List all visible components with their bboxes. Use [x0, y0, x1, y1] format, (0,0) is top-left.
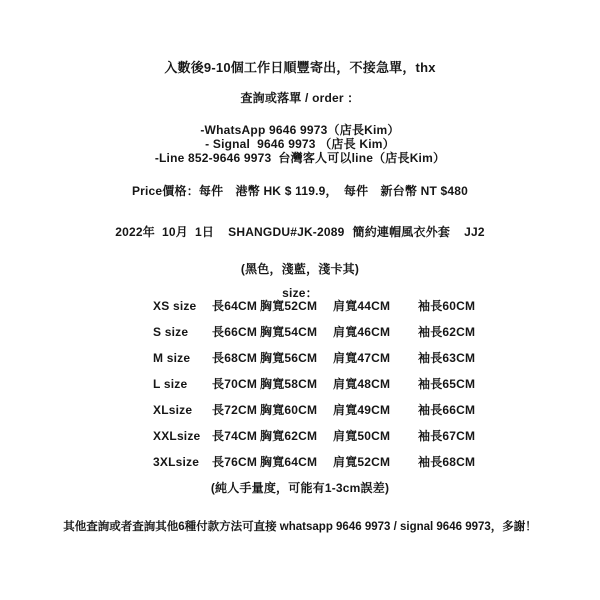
- sleeve-value: 袖長67CM: [418, 423, 478, 449]
- chest-value: 胸寬60CM: [260, 397, 333, 423]
- size-label: XLsize: [153, 397, 212, 423]
- shoulder-value: 肩寬50CM: [333, 423, 418, 449]
- product-title-line: 2022年 10月 1日SHANGDU#JK-2089簡約連帽風衣外套JJ2: [0, 225, 600, 239]
- chest-value: 胸寬64CM: [260, 449, 333, 475]
- sleeve-value: 袖長68CM: [418, 449, 478, 475]
- length-value: 長64CM: [212, 293, 260, 319]
- product-info-sheet: 入數後9-10個工作日順豐寄出，不接急單，thx 查詢或落單 / order ：…: [0, 0, 600, 600]
- product-date: 2022年 10月 1日: [115, 225, 214, 239]
- shoulder-value: 肩寬47CM: [333, 345, 418, 371]
- sleeve-value: 袖長65CM: [418, 371, 478, 397]
- product-name: 簡約連帽風衣外套: [353, 225, 451, 239]
- size-label: XXLsize: [153, 423, 212, 449]
- product-code: JJ2: [464, 225, 485, 239]
- chest-value: 胸寬56CM: [260, 345, 333, 371]
- footer-inquiry-note: 其他查詢或者查詢其他6種付款方法可直接 whatsapp 9646 9973 /…: [0, 520, 600, 534]
- shoulder-value: 肩寬46CM: [333, 319, 418, 345]
- contact-signal: - Signal 9646 9973 （店長 Kim）: [0, 137, 600, 151]
- chest-value: 胸寬52CM: [260, 293, 333, 319]
- sleeve-value: 袖長66CM: [418, 397, 478, 423]
- sleeve-value: 袖長62CM: [418, 319, 478, 345]
- chest-value: 胸寬62CM: [260, 423, 333, 449]
- chest-value: 胸寬58CM: [260, 371, 333, 397]
- length-value: 長76CM: [212, 449, 260, 475]
- shipping-notice: 入數後9-10個工作日順豐寄出，不接急單，thx: [0, 61, 600, 75]
- contact-whatsapp: -WhatsApp 9646 9973（店長Kim）: [0, 123, 600, 137]
- product-sku: SHANGDU#JK-2089: [228, 225, 344, 239]
- shoulder-value: 肩寬49CM: [333, 397, 418, 423]
- length-value: 長74CM: [212, 423, 260, 449]
- color-options: (黑色，淺藍，淺卡其): [0, 262, 600, 276]
- sleeve-value: 袖長60CM: [418, 293, 478, 319]
- size-label: L size: [153, 371, 212, 397]
- size-label: XS size: [153, 293, 212, 319]
- size-label: S size: [153, 319, 212, 345]
- size-label: M size: [153, 345, 212, 371]
- shoulder-value: 肩寬44CM: [333, 293, 418, 319]
- contact-line: -Line 852-9646 9973 台灣客人可以line（店長Kim）: [0, 151, 600, 165]
- contact-list: -WhatsApp 9646 9973（店長Kim） - Signal 9646…: [0, 123, 600, 165]
- size-table: XS size 長64CM 胸寬52CM 肩寬44CM 袖長60CM S siz…: [153, 293, 600, 475]
- length-value: 長72CM: [212, 397, 260, 423]
- length-value: 長68CM: [212, 345, 260, 371]
- shoulder-value: 肩寬52CM: [333, 449, 418, 475]
- measurement-disclaimer: (純人手量度，可能有1-3cm誤差): [0, 481, 600, 495]
- shoulder-value: 肩寬48CM: [333, 371, 418, 397]
- length-value: 長70CM: [212, 371, 260, 397]
- length-value: 長66CM: [212, 319, 260, 345]
- chest-value: 胸寬54CM: [260, 319, 333, 345]
- size-label: 3XLsize: [153, 449, 212, 475]
- sleeve-value: 袖長63CM: [418, 345, 478, 371]
- order-heading: 查詢或落單 / order ：: [0, 91, 600, 105]
- price-line: Price價格：每件 港幣 HK $ 119.9， 每件 新台幣 NT $480: [0, 184, 600, 198]
